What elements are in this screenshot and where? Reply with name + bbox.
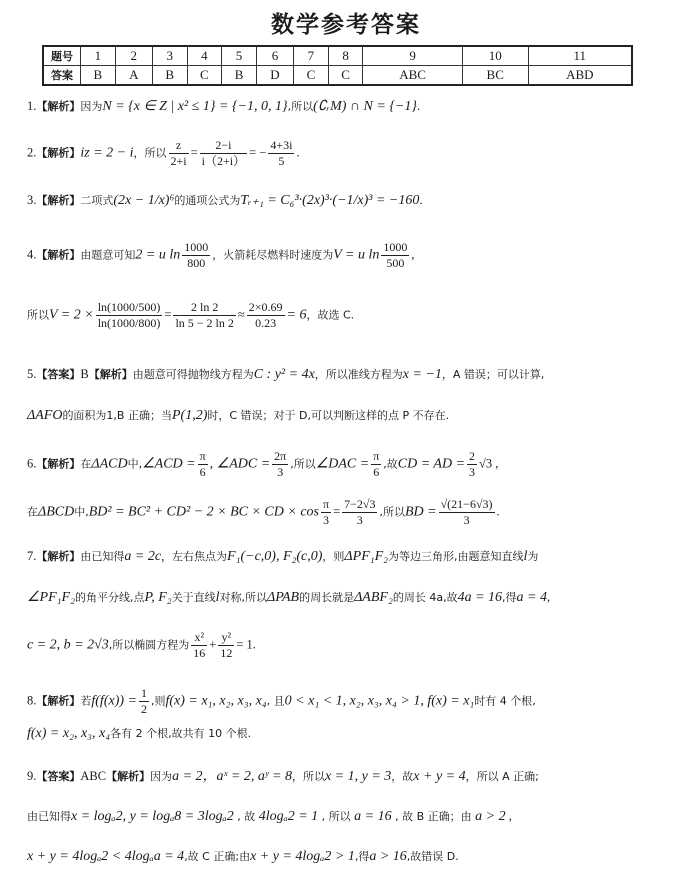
fraction: 12 <box>139 686 149 717</box>
question-number: 7 <box>294 46 329 66</box>
question-number: 4 <box>187 46 222 66</box>
question-number: 6 <box>256 46 293 66</box>
analysis-tag: 【解析】 <box>89 368 133 381</box>
solution-7: 7.【解析】由已知得a = 2c，左右焦点为F₁(−c,0), F₂(c,0)，… <box>27 546 538 567</box>
solution-4: 4.【解析】由题意可知2 = u ln1000800，火箭耗尽燃料时速度为V =… <box>27 240 414 271</box>
solution-3: 3.【解析】二项式(2x − 1/x)⁶的通项公式为Tᵣ₊₁ = C₆³·(2x… <box>27 190 423 211</box>
answer-cell: B <box>152 66 187 86</box>
solution-6-continued: 在ΔBCD中,BD² = BC² + CD² − 2 × BC × CD × c… <box>27 497 500 528</box>
answer-cell: BC <box>462 66 528 86</box>
question-number: 1 <box>81 46 116 66</box>
fraction: √(21−6√3)3 <box>439 497 495 528</box>
answer-cell: B <box>81 66 116 86</box>
analysis-tag: 【解析】 <box>106 770 150 783</box>
answer-cell: ABC <box>363 66 462 86</box>
fraction: 2 ln 2ln 5 − 2 ln 2 <box>173 300 235 331</box>
question-number: 11 <box>528 46 632 66</box>
header-label: 题号 <box>43 46 81 66</box>
fraction: z2+i <box>169 138 189 169</box>
answer-tag: 【答案】 <box>36 368 80 381</box>
math: (∁ᵣM) ∩ N = {−1} <box>313 99 417 114</box>
analysis-tag: 【解析】 <box>36 100 80 113</box>
fraction: 2π3 <box>272 449 288 480</box>
answer-cell: C <box>187 66 222 86</box>
answer-cell: C <box>294 66 329 86</box>
solution-1: 1.【解析】因为N = {x ∈ Z | x² ≤ 1} = {−1, 0, 1… <box>27 96 420 117</box>
fraction: 7−2√33 <box>342 497 377 528</box>
fraction: 23 <box>467 449 477 480</box>
solution-7-continued: ∠PF₁F₂的角平分线,点P, F₂关于直线l对称,所以ΔPAB的周长就是ΔAB… <box>27 587 550 608</box>
analysis-tag: 【解析】 <box>36 550 80 563</box>
solution-9-continued-2: x + y = 4logₐ2 < 4logₐa = 4,故 C 正确;由x + … <box>27 846 459 867</box>
math: (2x − 1/x)⁶ <box>113 193 174 208</box>
fraction: 1000500 <box>381 240 409 271</box>
answer-cell: D <box>256 66 293 86</box>
answer-cell: C <box>328 66 363 86</box>
answer-cell: B <box>222 66 257 86</box>
question-number: 2 <box>115 46 152 66</box>
fraction: y²12 <box>218 630 234 661</box>
page-title: 数学参考答案 <box>0 6 692 39</box>
fraction: x²16 <box>191 630 207 661</box>
math: N = {x ∈ Z | x² ≤ 1} = {−1, 0, 1} <box>102 99 287 114</box>
answer-tag: 【答案】 <box>36 770 80 783</box>
analysis-tag: 【解析】 <box>36 146 80 159</box>
analysis-tag: 【解析】 <box>36 694 80 707</box>
question-number: 3 <box>152 46 187 66</box>
question-number: 9 <box>363 46 462 66</box>
solution-5: 5.【答案】B【解析】由题意可得抛物线方程为C : y² = 4x，所以准线方程… <box>27 364 544 385</box>
solution-6: 6.【解析】在ΔACD中,∠ACD =π6, ∠ADC =2π3,所以∠DAC … <box>27 449 498 480</box>
fraction: π6 <box>371 449 381 480</box>
solution-7-continued-2: c = 2, b = 2√3,所以椭圆方程为x²16+y²12= 1. <box>27 630 256 661</box>
question-number: 5 <box>222 46 257 66</box>
solution-4-continued: 所以V = 2 ×ln(1000/500)ln(1000/800)=2 ln 2… <box>27 300 354 331</box>
solution-2: 2.【解析】iz = 2 − i，所以z2+i=2−ii（2+i）= −4+3i… <box>27 138 300 169</box>
fraction: 2×0.690.23 <box>247 300 285 331</box>
fraction: ln(1000/500)ln(1000/800) <box>96 300 163 331</box>
question-number-row: 题号 1 2 3 4 5 6 7 8 9 10 11 <box>43 46 632 66</box>
fraction: π3 <box>321 497 331 528</box>
fraction: 2−ii（2+i） <box>200 138 247 169</box>
math: Tᵣ₊₁ = C₆³·(2x)³·(−1/x)³ = −160 <box>240 193 419 208</box>
analysis-tag: 【解析】 <box>36 194 80 207</box>
fraction: 1000800 <box>182 240 210 271</box>
analysis-tag: 【解析】 <box>36 457 80 470</box>
answer-row: 答案 B A B C B D C C ABC BC ABD <box>43 66 632 86</box>
solution-8: 8.【解析】若f(f(x)) =12,则f(x) = x₁, x₂, x₃, x… <box>27 686 536 717</box>
question-number: 10 <box>462 46 528 66</box>
fraction: 4+3i5 <box>268 138 294 169</box>
solution-8-continued: f(x) = x₂, x₃, x₄各有 2 个根,故共有 10 个根. <box>27 723 251 744</box>
solution-9: 9.【答案】ABC【解析】因为a = 2，aˣ = 2, aʸ = 8，所以x … <box>27 766 539 787</box>
analysis-tag: 【解析】 <box>36 248 80 261</box>
solution-5-continued: ΔAFO的面积为1,B 正确；当P(1,2)时，C 错误；对于 D,可以判断这样… <box>27 405 449 426</box>
answer-cell: ABD <box>528 66 632 86</box>
answer-table: 题号 1 2 3 4 5 6 7 8 9 10 11 答案 B A B C B … <box>42 45 633 86</box>
answer-label: 答案 <box>43 66 81 86</box>
fraction: π6 <box>198 449 208 480</box>
solution-9-continued: 由已知得x = logₐ2, y = logₐ8 = 3logₐ2 , 故 4l… <box>27 806 512 827</box>
answer-cell: A <box>115 66 152 86</box>
question-number: 8 <box>328 46 363 66</box>
math: iz = 2 − i <box>80 145 133 160</box>
